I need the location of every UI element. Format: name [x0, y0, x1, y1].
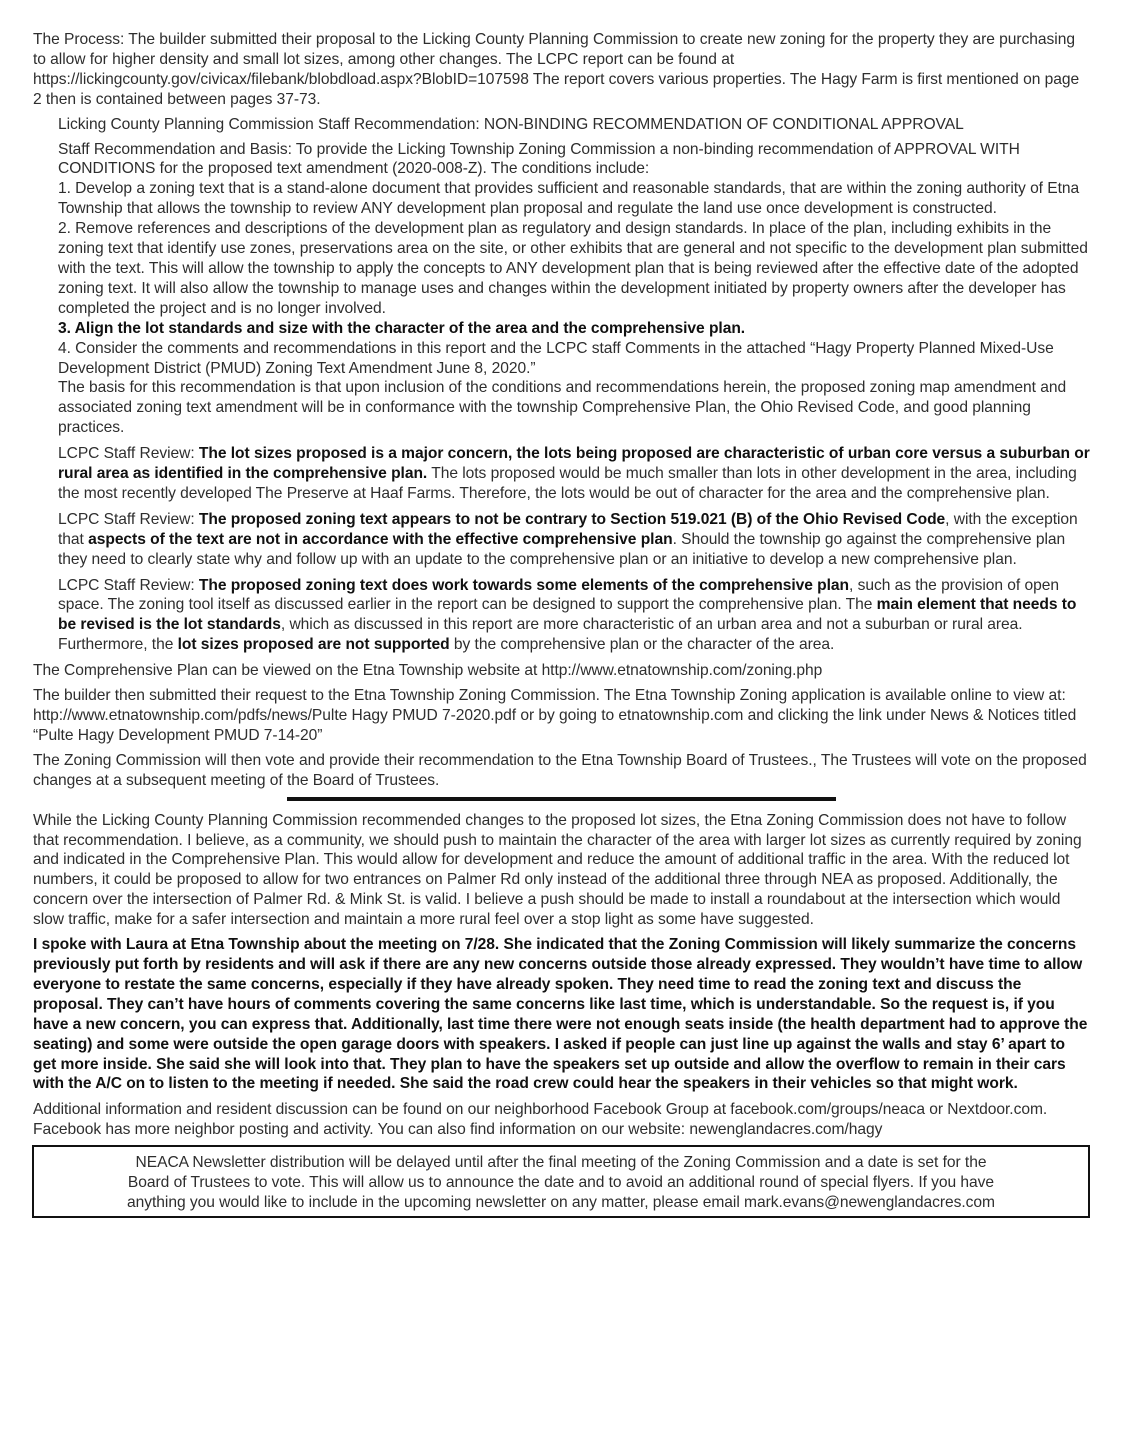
condition-4: 4. Consider the comments and recommendat… [58, 339, 1090, 379]
lcpc-recommendation: Licking County Planning Commission Staff… [58, 115, 1090, 135]
opinion-paragraph: While the Licking County Planning Commis… [33, 811, 1090, 930]
review-bold: The proposed zoning text does work towar… [199, 577, 849, 594]
section-divider [287, 797, 836, 801]
etna-request-paragraph: The builder then submitted their request… [33, 686, 1090, 746]
condition-3: 3. Align the lot standards and size with… [58, 319, 1090, 339]
review-label: LCPC Staff Review: [58, 511, 199, 528]
review-bold: aspects of the text are not in accordanc… [88, 531, 672, 548]
condition-2: 2. Remove references and descriptions of… [58, 219, 1090, 319]
lcpc-staff-review-2: LCPC Staff Review: The proposed zoning t… [58, 510, 1090, 570]
process-paragraph: The Process: The builder submitted their… [33, 30, 1090, 110]
review-bold: The proposed zoning text appears to not … [199, 511, 945, 528]
newsletter-page: The Process: The builder submitted their… [0, 0, 1122, 1218]
notice-line-3: anything you would like to include in th… [34, 1193, 1088, 1213]
newsletter-notice-box: NEACA Newsletter distribution will be de… [32, 1145, 1090, 1218]
staff-basis-intro: Staff Recommendation and Basis: To provi… [58, 140, 1090, 180]
condition-1: 1. Develop a zoning text that is a stand… [58, 179, 1090, 219]
recommendation-basis: The basis for this recommendation is tha… [58, 378, 1090, 438]
review-label: LCPC Staff Review: [58, 577, 199, 594]
meeting-note-paragraph: I spoke with Laura at Etna Township abou… [33, 935, 1090, 1094]
comprehensive-plan-link-paragraph: The Comprehensive Plan can be viewed on … [33, 661, 1090, 681]
review-bold: lot sizes proposed are not supported [178, 636, 450, 653]
notice-line-1: NEACA Newsletter distribution will be de… [34, 1153, 1088, 1173]
staff-recommendation-section: Staff Recommendation and Basis: To provi… [58, 140, 1090, 439]
additional-info-paragraph: Additional information and resident disc… [33, 1100, 1090, 1140]
lcpc-staff-review-1: LCPC Staff Review: The lot sizes propose… [58, 444, 1090, 504]
review-label: LCPC Staff Review: [58, 445, 199, 462]
lcpc-staff-review-3: LCPC Staff Review: The proposed zoning t… [58, 576, 1090, 656]
notice-line-2: Board of Trustees to vote. This will all… [34, 1173, 1088, 1193]
zoning-vote-paragraph: The Zoning Commission will then vote and… [33, 751, 1090, 791]
review-text: by the comprehensive plan or the charact… [450, 636, 835, 653]
